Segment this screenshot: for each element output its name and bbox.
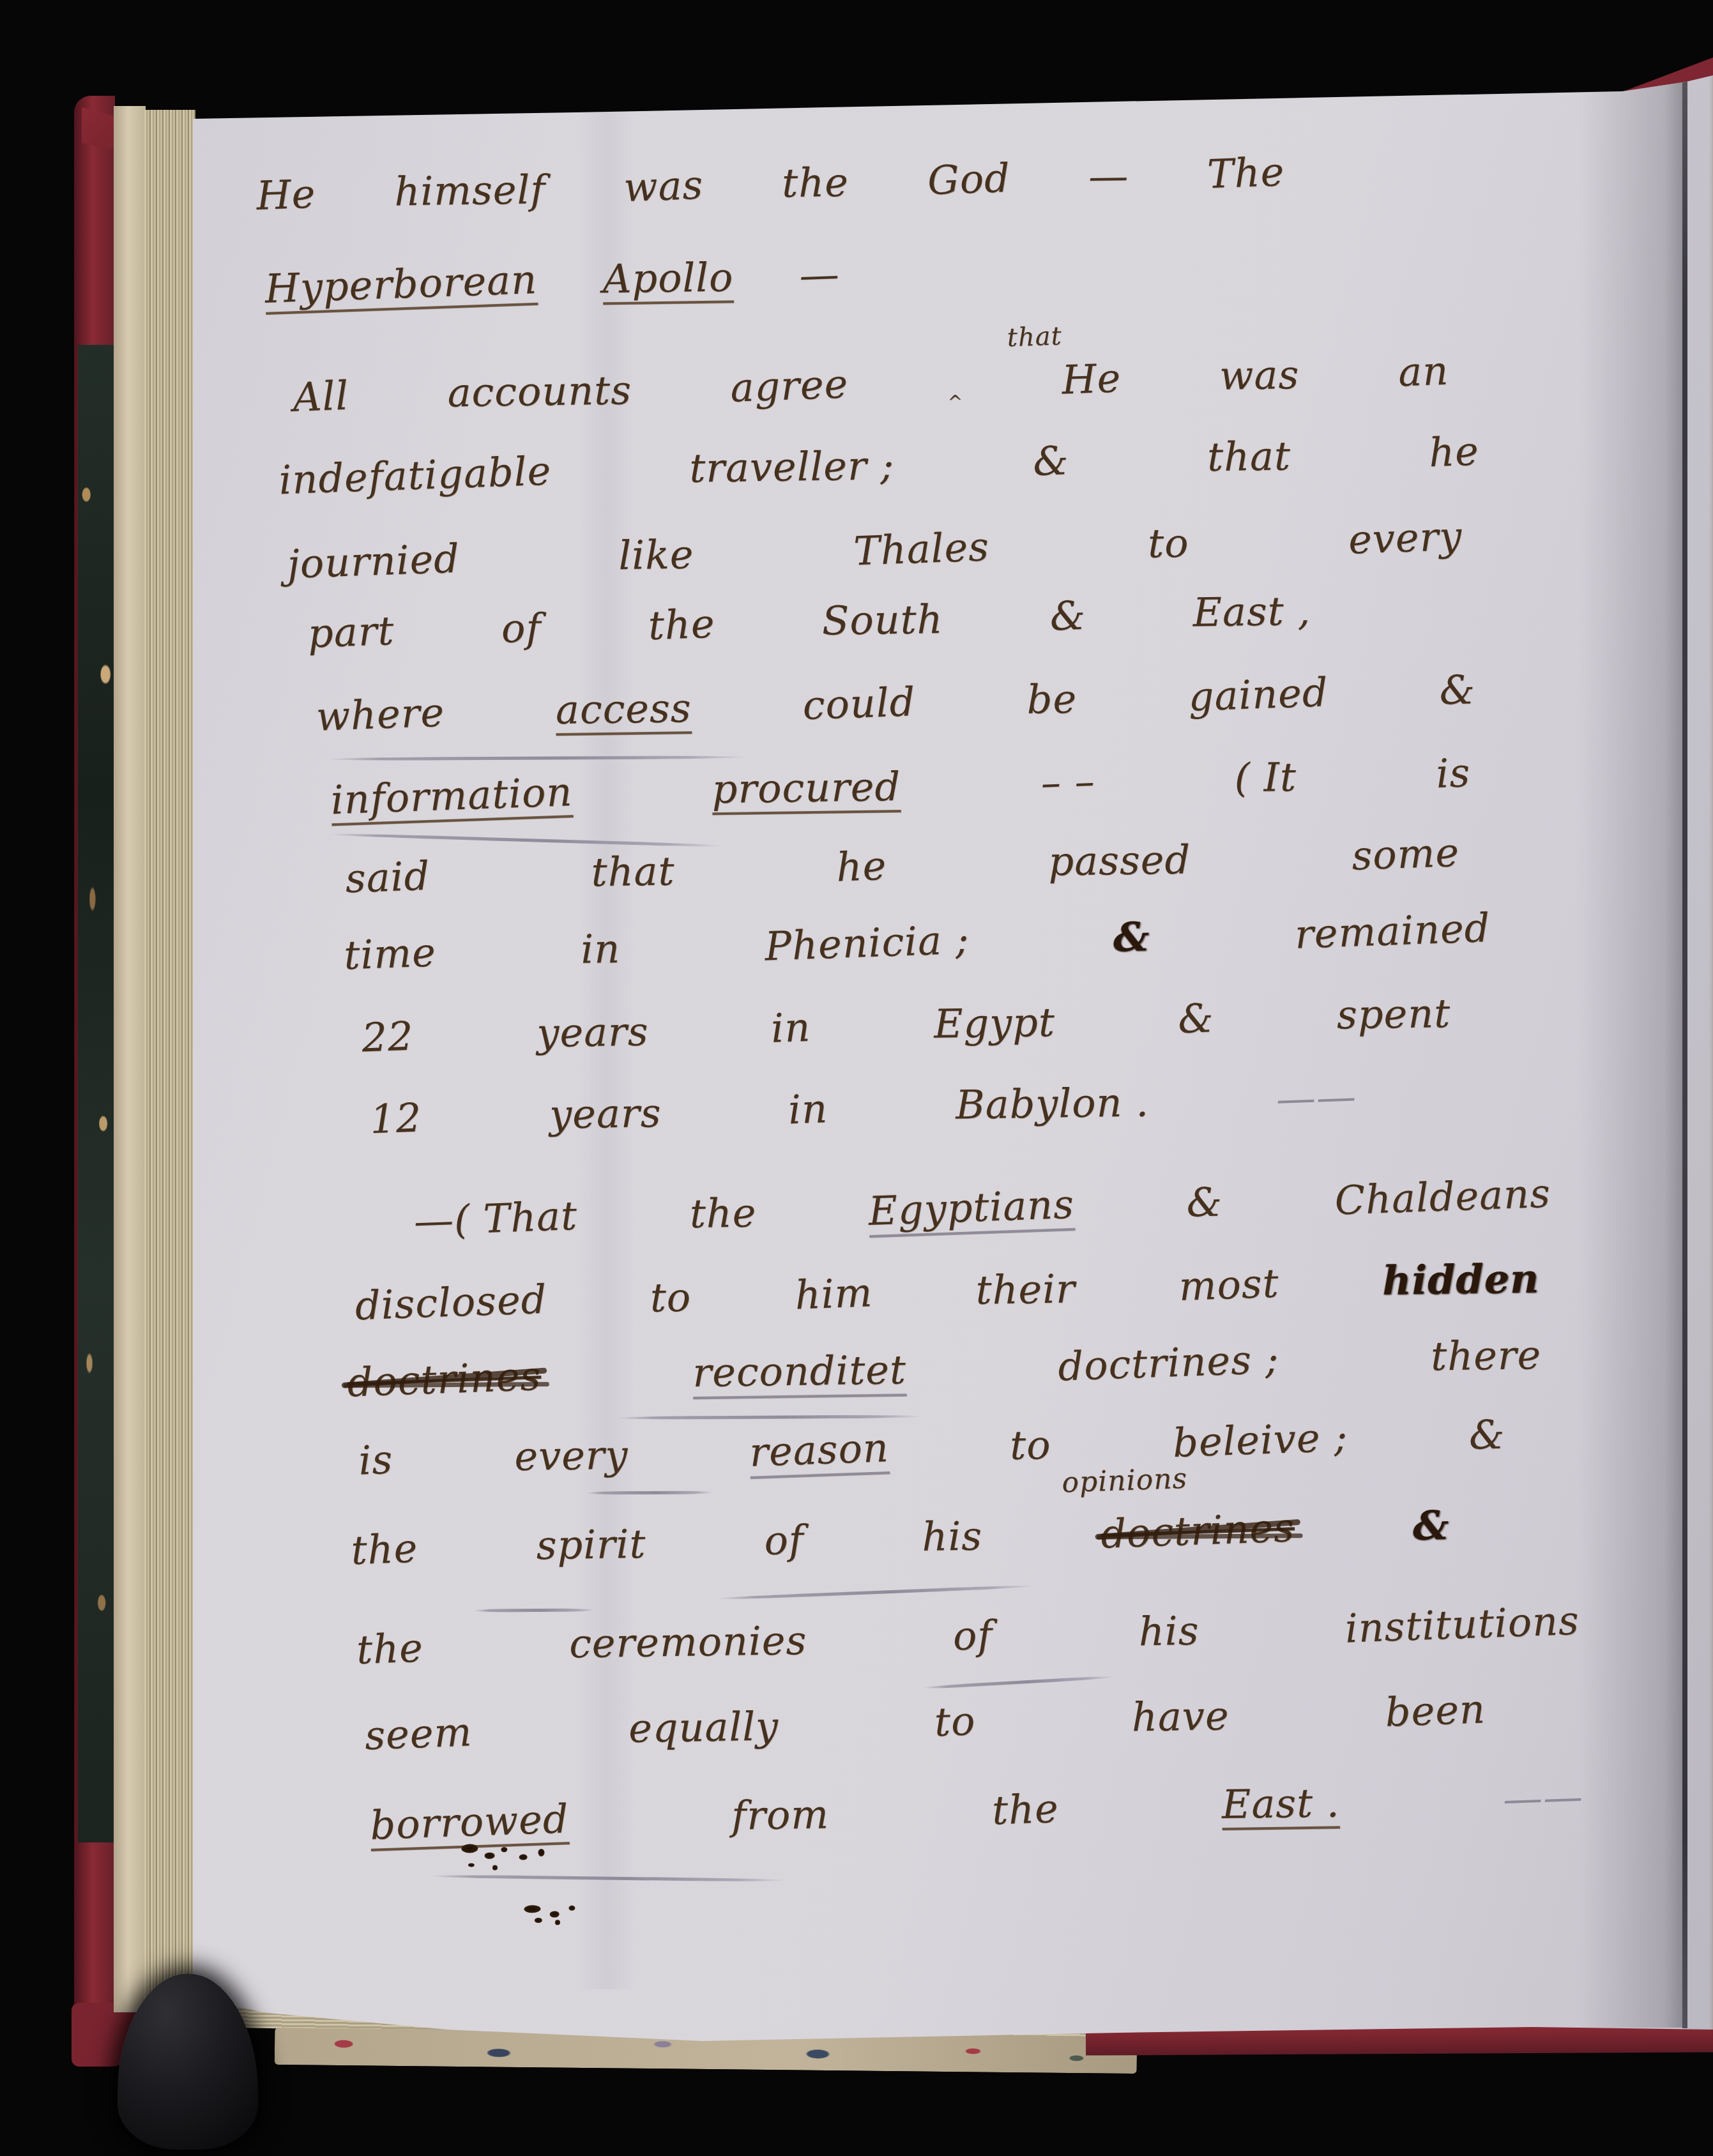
- handwritten-word: equally: [628, 1703, 779, 1751]
- handwritten-word: Hyperborean: [264, 257, 538, 312]
- page-stack-edges: [144, 110, 195, 2021]
- handwritten-word: ——: [1502, 1773, 1584, 1822]
- handwritten-word: &: [1113, 914, 1150, 960]
- manuscript-line-15: disclosedtohimtheirmosthidden: [354, 1255, 1540, 1327]
- handwritten-word: &: [1413, 1503, 1450, 1549]
- handwritten-word: disclosed: [354, 1277, 548, 1329]
- handwritten-word: from: [731, 1791, 830, 1838]
- handwritten-word: &: [1049, 593, 1086, 639]
- flyleaf-fore-edge: [114, 106, 146, 2012]
- handwritten-word: ——: [1275, 1074, 1357, 1122]
- handwritten-word: seem: [364, 1709, 473, 1758]
- handwritten-word: the: [647, 601, 715, 649]
- pencil-mark: [429, 1874, 786, 1882]
- handwritten-word: him: [794, 1270, 873, 1317]
- handwritten-word: years: [549, 1090, 661, 1137]
- handwritten-word: —( That: [413, 1193, 578, 1244]
- handwritten-word: East .: [1222, 1780, 1340, 1827]
- handwritten-word: South: [821, 596, 943, 644]
- handwritten-word: the: [991, 1786, 1060, 1833]
- ink-blot: [468, 1863, 475, 1867]
- manuscript-line-2: HyperboreanApollo—: [264, 252, 840, 310]
- pencil-mark: [616, 1415, 923, 1420]
- handwritten-word: Egyptians: [868, 1181, 1075, 1234]
- manuscript-line-17: iseveryreasontobeleive ;&: [358, 1412, 1505, 1484]
- manuscript-line-12: 22yearsinEgypt&spent: [362, 990, 1451, 1060]
- handwritten-word: spirit: [536, 1521, 646, 1568]
- handwritten-word: himself: [394, 167, 546, 215]
- handwritten-word: to: [650, 1275, 692, 1321]
- manuscript-line-11: timeinPhenicia ;&remained: [344, 906, 1491, 978]
- handwritten-word: said: [345, 853, 431, 902]
- pencil-mark: [329, 833, 725, 847]
- handwritten-word: doctrines: [347, 1353, 542, 1406]
- handwritten-word: traveller ;: [689, 443, 895, 491]
- pencil-mark: [716, 1584, 1035, 1600]
- handwritten-word: accounts: [447, 367, 632, 415]
- handwritten-word: an: [1397, 348, 1449, 395]
- handwritten-word: The: [1207, 149, 1285, 197]
- manuscript-line-16: doctrinesreconditetdoctrines ;there: [347, 1332, 1542, 1404]
- manuscript-line-19: thespiritofhisdoctrines&: [351, 1503, 1450, 1573]
- handwritten-word: &: [1186, 1180, 1222, 1226]
- photo-background: 42 HehimselfwastheGod—TheHyperboreanApol…: [0, 0, 1713, 2149]
- handwritten-word: the: [782, 160, 849, 206]
- handwritten-word: &: [1439, 667, 1475, 713]
- pencil-mark: [923, 1675, 1115, 1689]
- handwritten-word: their: [975, 1266, 1076, 1312]
- handwritten-word: &: [1468, 1412, 1505, 1458]
- handwritten-word: Babylon .: [955, 1079, 1149, 1128]
- handwritten-word: reason: [749, 1425, 890, 1475]
- handwritten-word: Phenicia ;: [764, 916, 970, 969]
- marbled-endpaper-edge: [78, 345, 116, 1842]
- handwritten-word: been: [1385, 1686, 1486, 1735]
- handwritten-word: 12: [369, 1095, 422, 1142]
- handwritten-word: that: [1207, 433, 1291, 480]
- pencil-mark: [474, 1609, 595, 1613]
- pencil-mark: [586, 1491, 714, 1494]
- handwritten-word: was: [623, 162, 704, 211]
- handwritten-word: spent: [1337, 991, 1451, 1038]
- pencil-mark: [327, 755, 749, 761]
- handwritten-word: is: [1436, 750, 1472, 796]
- manuscript-line-5: indefatigabletraveller ;&thathe: [278, 429, 1480, 501]
- manuscript-line-4: Allaccountsagree^Hewasan: [293, 348, 1449, 420]
- handwritten-word: he: [1428, 429, 1480, 476]
- handwritten-word: like: [618, 531, 694, 578]
- handwritten-word: ceremonies: [569, 1618, 807, 1666]
- ink-blot: [519, 1854, 528, 1860]
- ink-blot: [524, 1905, 540, 1913]
- manuscript-line-7: partoftheSouth&East ,: [307, 588, 1311, 656]
- manuscript-line-22: borrowedfromtheEast .——: [370, 1774, 1584, 1847]
- handwritten-word: beleive ;: [1172, 1414, 1348, 1466]
- handwritten-word: —: [1088, 153, 1129, 199]
- handwritten-word: He: [1061, 355, 1122, 402]
- handwritten-word: – –: [1040, 758, 1095, 805]
- manuscript-line-3: that: [1007, 321, 1103, 352]
- handwritten-word: every: [514, 1432, 628, 1479]
- handwritten-word: information: [330, 769, 574, 823]
- handwritten-word: East ,: [1192, 588, 1311, 635]
- handwritten-word: have: [1131, 1693, 1230, 1740]
- handwritten-word: of: [763, 1517, 805, 1563]
- handwritten-word: ( It: [1234, 754, 1297, 801]
- handwritten-word: Egypt: [934, 999, 1056, 1047]
- handwritten-word: passed: [1048, 837, 1191, 884]
- ink-blot: [492, 1865, 498, 1870]
- manuscript-line-18: opinions: [1062, 1463, 1215, 1499]
- manuscript-line-1: HehimselfwastheGod—The: [256, 149, 1285, 218]
- handwritten-word: part: [307, 608, 395, 657]
- handwritten-word: that: [591, 848, 676, 895]
- handwritten-word: that: [1007, 321, 1062, 353]
- handwritten-word: the: [350, 1526, 418, 1574]
- handwritten-word: He: [255, 171, 316, 218]
- handwritten-word: opinions: [1062, 1463, 1188, 1499]
- handwritten-word: his: [1138, 1608, 1199, 1655]
- handwritten-word: in: [770, 1005, 811, 1051]
- handwritten-word: where: [316, 690, 445, 740]
- handwritten-word: in: [788, 1086, 828, 1132]
- handwritten-word: most: [1178, 1261, 1280, 1310]
- handwritten-word: —: [798, 251, 840, 298]
- handwritten-word: of: [952, 1612, 994, 1659]
- handwritten-word: All: [292, 373, 349, 420]
- manuscript-line-8: whereaccesscouldbegained&: [316, 667, 1475, 738]
- handwritten-word: gained: [1187, 669, 1329, 720]
- ink-blot: [501, 1847, 507, 1852]
- handwritten-word: access: [556, 685, 692, 733]
- handwritten-word: reconditet: [692, 1347, 906, 1395]
- handwritten-word: time: [343, 929, 437, 978]
- ink-blot: [555, 1920, 560, 1925]
- ink-blot: [568, 1906, 575, 1911]
- handwritten-word: to: [934, 1698, 977, 1745]
- handwritten-word: is: [358, 1437, 393, 1484]
- ink-blot: [550, 1911, 560, 1917]
- handwritten-word: ^: [948, 392, 964, 413]
- ink-blot: [461, 1844, 478, 1853]
- handwritten-word: hidden: [1382, 1256, 1540, 1303]
- handwritten-word: Chaldeans: [1334, 1171, 1551, 1224]
- handwriting-layer: HehimselfwastheGod—TheHyperboreanApollo—…: [0, 0, 1713, 2149]
- handwritten-word: every: [1348, 513, 1463, 563]
- manuscript-line-9: informationprocured– –( Itis: [330, 750, 1471, 821]
- manuscript-line-21: seemequallytohavebeen: [364, 1687, 1486, 1757]
- manuscript-line-14: —( ThattheEgyptians&Chaldeans: [413, 1172, 1551, 1243]
- handwritten-word: he: [835, 843, 887, 890]
- handwritten-word: his: [922, 1514, 983, 1560]
- handwritten-word: Thales: [853, 524, 990, 574]
- handwritten-word: was: [1219, 352, 1300, 399]
- handwritten-word: to: [1010, 1422, 1051, 1468]
- handwritten-word: institutions: [1344, 1598, 1580, 1651]
- manuscript-page: 42 HehimselfwastheGod—TheHyperboreanApol…: [0, 0, 1713, 2149]
- handwritten-word: indefatigable: [278, 448, 552, 503]
- handwritten-word: be: [1026, 676, 1077, 722]
- handwritten-word: remained: [1294, 905, 1491, 957]
- handwritten-word: borrowed: [369, 1796, 569, 1848]
- manuscript-line-13: 12yearsinBabylon .——: [370, 1074, 1357, 1142]
- handwritten-word: God: [927, 155, 1011, 204]
- handwritten-word: the: [356, 1625, 424, 1673]
- handwritten-word: procured: [712, 764, 901, 812]
- manuscript-line-6: journiedlikeThalestoevery: [287, 514, 1463, 586]
- handwritten-word: in: [581, 926, 621, 972]
- handwritten-word: doctrines: [1100, 1505, 1295, 1557]
- ink-blot: [484, 1853, 494, 1859]
- handwritten-word: years: [536, 1009, 648, 1056]
- ink-blot: [535, 1918, 542, 1923]
- handwritten-word: doctrines ;: [1057, 1336, 1279, 1389]
- handwritten-word: journied: [286, 536, 461, 588]
- handwritten-word: &: [1032, 437, 1070, 484]
- handwritten-word: agree: [730, 361, 849, 411]
- handwritten-word: some: [1351, 830, 1461, 879]
- handwritten-word: to: [1148, 520, 1189, 566]
- handwritten-word: of: [501, 605, 541, 651]
- handwritten-word: 22: [361, 1013, 414, 1061]
- handwritten-word: &: [1177, 995, 1215, 1042]
- handwritten-word: the: [689, 1190, 757, 1236]
- handwritten-word: could: [802, 679, 917, 728]
- handwritten-word: there: [1431, 1332, 1542, 1379]
- ink-blot: [538, 1849, 544, 1856]
- handwritten-word: Apollo: [602, 254, 734, 301]
